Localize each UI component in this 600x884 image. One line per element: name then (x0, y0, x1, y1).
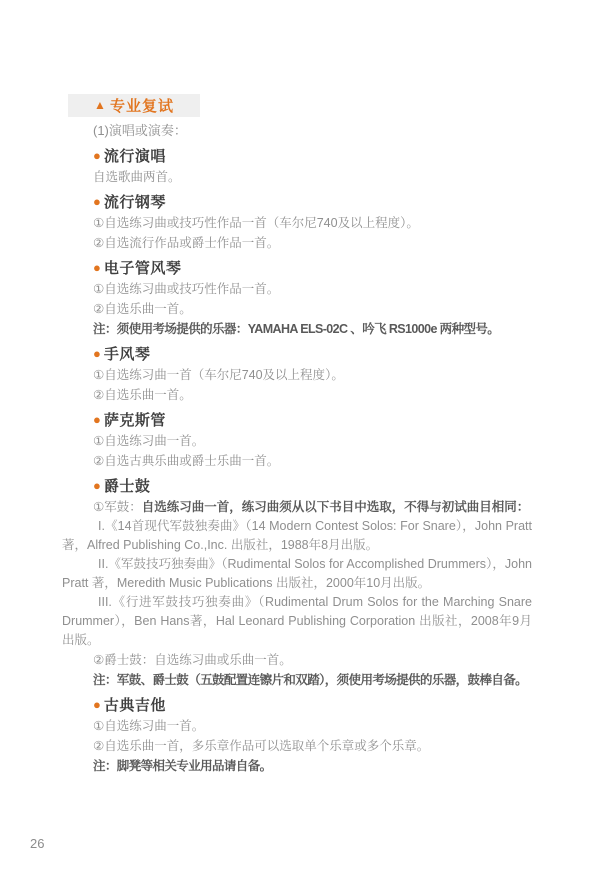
text-line: III.《行进军鼓技巧独奏曲》（Rudimental Drum Solos fo… (62, 593, 532, 650)
section-title: ●爵士鼓 (62, 476, 532, 497)
text-line: ①自选练习曲一首。 (62, 716, 532, 736)
section: ●流行钢琴①自选练习曲或技巧性作品一首（车尔尼740及以上程度）。②自选流行作品… (62, 192, 532, 253)
text-line: 注：须使用考场提供的乐器：YAMAHA ELS-02C 、吟飞 RS1000e … (62, 319, 532, 339)
text-line: ②自选乐曲一首，多乐章作品可以选取单个乐章或多个乐章。 (62, 736, 532, 756)
section-header-bar: ▲ 专业复试 (68, 94, 200, 117)
text-line: I.《14首现代军鼓独奏曲》（14 Modern Contest Solos: … (62, 517, 532, 555)
bullet-icon: ● (93, 479, 101, 492)
bullet-icon: ● (93, 149, 101, 162)
bullet-icon: ● (93, 698, 101, 711)
bullet-icon: ● (93, 347, 101, 360)
sections-container: ●流行演唱自选歌曲两首。●流行钢琴①自选练习曲或技巧性作品一首（车尔尼740及以… (62, 146, 532, 776)
section-title: ●古典吉他 (62, 695, 532, 716)
section: ●萨克斯管①自选练习曲一首。②自选古典乐曲或爵士乐曲一首。 (62, 410, 532, 471)
bullet-icon: ● (93, 413, 101, 426)
text-line: ②爵士鼓：自选练习曲或乐曲一首。 (62, 650, 532, 670)
section: ●电子管风琴①自选练习曲或技巧性作品一首。②自选乐曲一首。注：须使用考场提供的乐… (62, 258, 532, 339)
text-line: ①军鼓：自选练习曲一首，练习曲须从以下书目中选取，不得与初试曲目相同： (62, 497, 532, 517)
triangle-icon: ▲ (94, 99, 106, 111)
text-line: II.《军鼓技巧独奏曲》（Rudimental Solos for Accomp… (62, 555, 532, 593)
text-line: ②自选乐曲一首。 (62, 385, 532, 405)
section-title: ●流行钢琴 (62, 192, 532, 213)
text-line: ①自选练习曲或技巧性作品一首（车尔尼740及以上程度）。 (62, 213, 532, 233)
section-title: ●手风琴 (62, 344, 532, 365)
line-prefix: ①军鼓： (93, 500, 142, 514)
bullet-icon: ● (93, 195, 101, 208)
text-line: 注：脚凳等相关专业用品请自备。 (62, 756, 532, 776)
text-line: ①自选练习曲或技巧性作品一首。 (62, 279, 532, 299)
text-line: ②自选古典乐曲或爵士乐曲一首。 (62, 451, 532, 471)
section-title-label: 流行演唱 (104, 146, 166, 167)
line-emphasis: 自选练习曲一首，练习曲须从以下书目中选取，不得与初试曲目相同： (142, 500, 530, 514)
section-title: ●电子管风琴 (62, 258, 532, 279)
page-number: 26 (30, 836, 44, 851)
page-title: 专业复试 (110, 95, 174, 116)
section-title-label: 古典吉他 (104, 695, 166, 716)
section-title-label: 爵士鼓 (104, 476, 151, 497)
section-title: ●萨克斯管 (62, 410, 532, 431)
text-line: ②自选流行作品或爵士作品一首。 (62, 233, 532, 253)
content-area: ▲ 专业复试 (1)演唱或演奏： ●流行演唱自选歌曲两首。●流行钢琴①自选练习曲… (62, 94, 532, 776)
section-title-label: 流行钢琴 (104, 192, 166, 213)
bullet-icon: ● (93, 261, 101, 274)
section: ●古典吉他①自选练习曲一首。②自选乐曲一首，多乐章作品可以选取单个乐章或多个乐章… (62, 695, 532, 776)
section: ●流行演唱自选歌曲两首。 (62, 146, 532, 187)
text-line: 注：军鼓、爵士鼓（五鼓配置连镲片和双踏），须使用考场提供的乐器，鼓棒自备。 (62, 670, 532, 690)
section-title-label: 手风琴 (104, 344, 151, 365)
section: ●爵士鼓①军鼓：自选练习曲一首，练习曲须从以下书目中选取，不得与初试曲目相同：I… (62, 476, 532, 690)
section-title-label: 萨克斯管 (104, 410, 166, 431)
section: ●手风琴①自选练习曲一首（车尔尼740及以上程度）。②自选乐曲一首。 (62, 344, 532, 405)
intro-line: (1)演唱或演奏： (62, 121, 532, 141)
text-line: ②自选乐曲一首。 (62, 299, 532, 319)
section-title: ●流行演唱 (62, 146, 532, 167)
section-title-label: 电子管风琴 (104, 258, 182, 279)
text-line: ①自选练习曲一首（车尔尼740及以上程度）。 (62, 365, 532, 385)
text-line: ①自选练习曲一首。 (62, 431, 532, 451)
text-line: 自选歌曲两首。 (62, 167, 532, 187)
